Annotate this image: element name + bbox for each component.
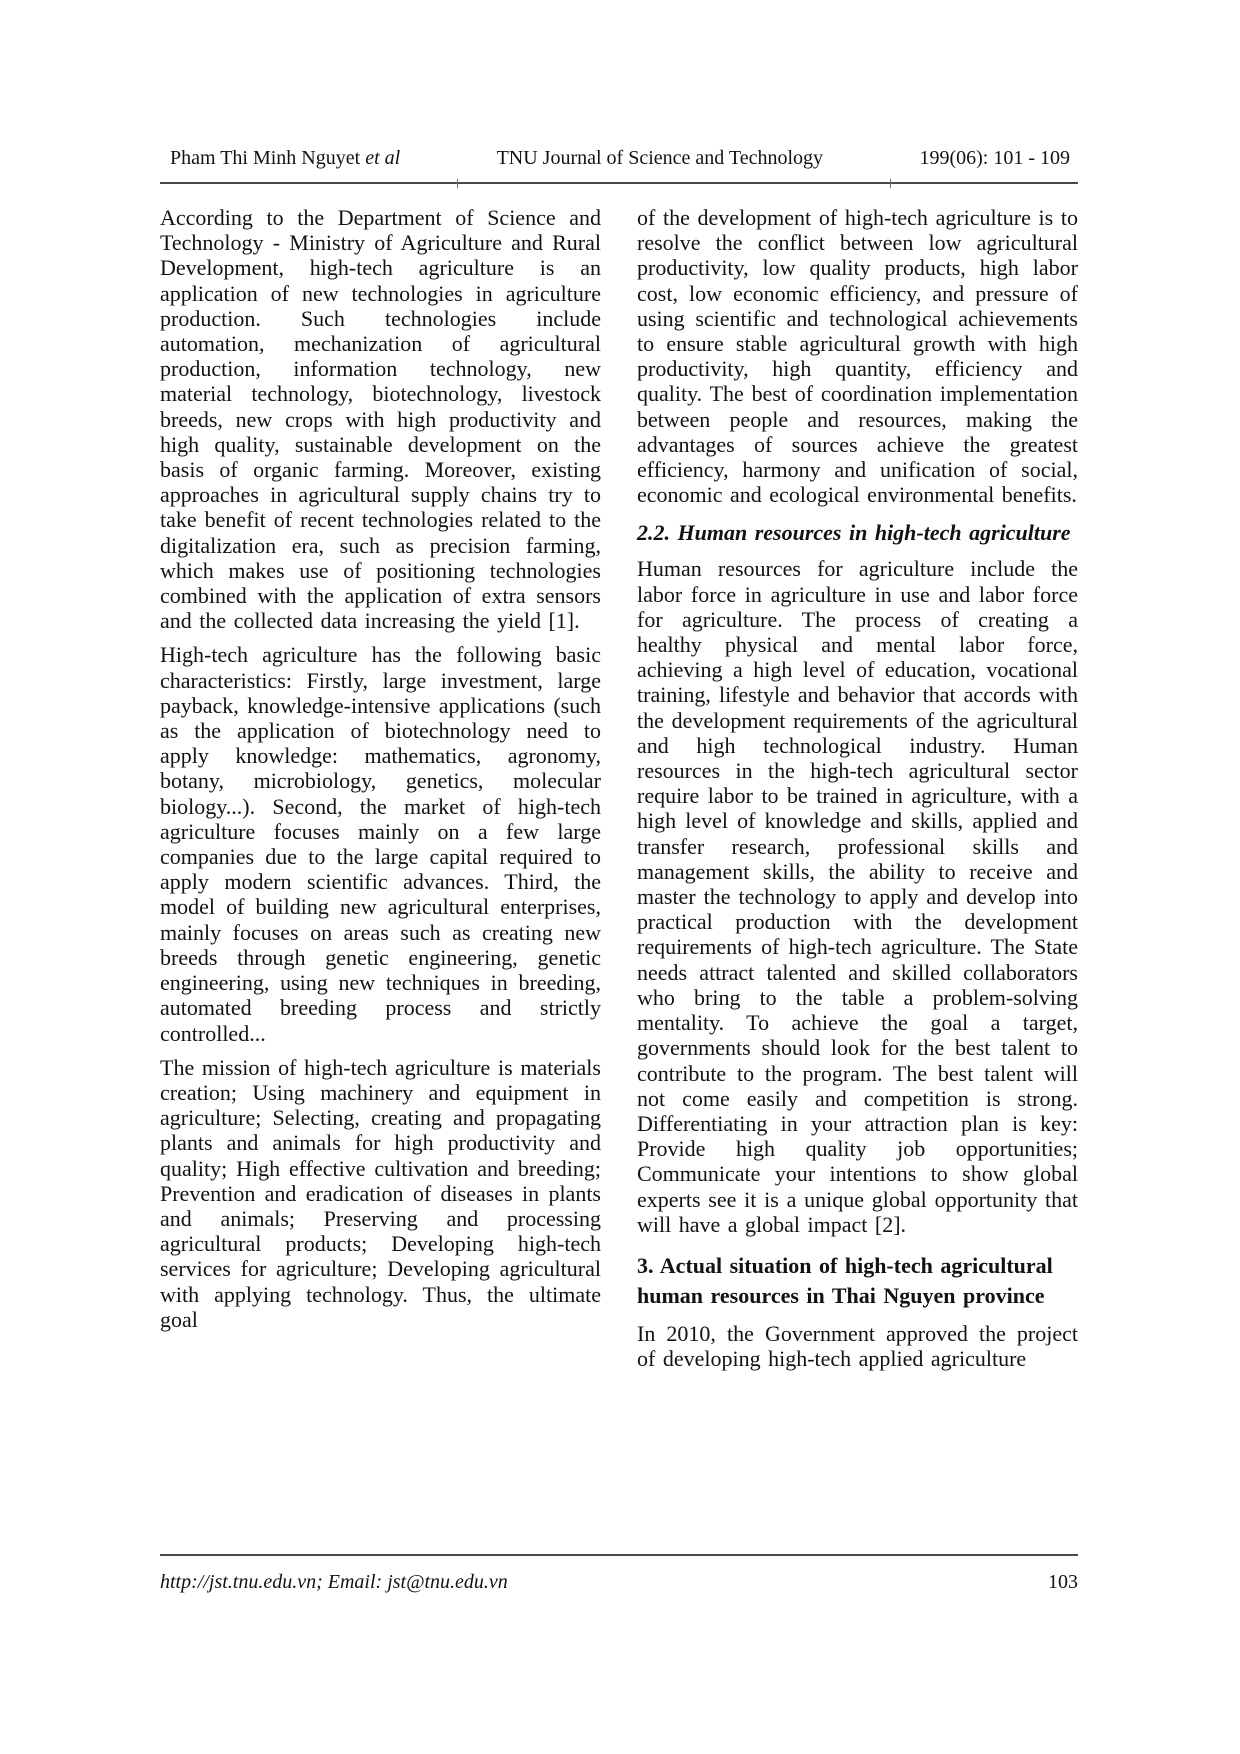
header-rule-tick xyxy=(457,179,458,188)
two-column-body: According to the Department of Science a… xyxy=(160,205,1078,1380)
left-column: According to the Department of Science a… xyxy=(160,205,601,1380)
running-header: Pham Thi Minh Nguyet et al TNU Journal o… xyxy=(160,146,1078,170)
header-rule-tick xyxy=(890,179,891,188)
page-content: Pham Thi Minh Nguyet et al TNU Journal o… xyxy=(160,146,1078,1380)
body-paragraph: In 2010, the Government approved the pro… xyxy=(637,1321,1078,1371)
body-paragraph: of the development of high-tech agricult… xyxy=(637,205,1078,507)
paper-page: Pham Thi Minh Nguyet et al TNU Journal o… xyxy=(0,0,1240,1754)
header-journal-title: TNU Journal of Science and Technology xyxy=(497,146,823,170)
page-footer: http://jst.tnu.edu.vn; Email: jst@tnu.ed… xyxy=(160,1554,1078,1594)
right-column: of the development of high-tech agricult… xyxy=(637,205,1078,1380)
header-author-name: Pham Thi Minh Nguyet xyxy=(170,147,365,169)
header-author-etal: et al xyxy=(365,147,400,169)
body-paragraph: Human resources for agriculture include … xyxy=(637,556,1078,1236)
section-heading-3: 3. Actual situation of high-tech agricul… xyxy=(637,1251,1078,1311)
header-divider-rule xyxy=(160,182,1078,184)
header-author: Pham Thi Minh Nguyet et al xyxy=(170,146,400,170)
footer-page-number: 103 xyxy=(1048,1571,1078,1594)
body-paragraph: The mission of high-tech agriculture is … xyxy=(160,1055,601,1332)
section-heading-2-2: 2.2. Human resources in high-tech agricu… xyxy=(637,520,1078,546)
footer-contact: http://jst.tnu.edu.vn; Email: jst@tnu.ed… xyxy=(160,1571,508,1594)
header-issue-info: 199(06): 101 - 109 xyxy=(919,146,1070,170)
body-paragraph: According to the Department of Science a… xyxy=(160,205,601,633)
body-paragraph: High-tech agriculture has the following … xyxy=(160,642,601,1045)
